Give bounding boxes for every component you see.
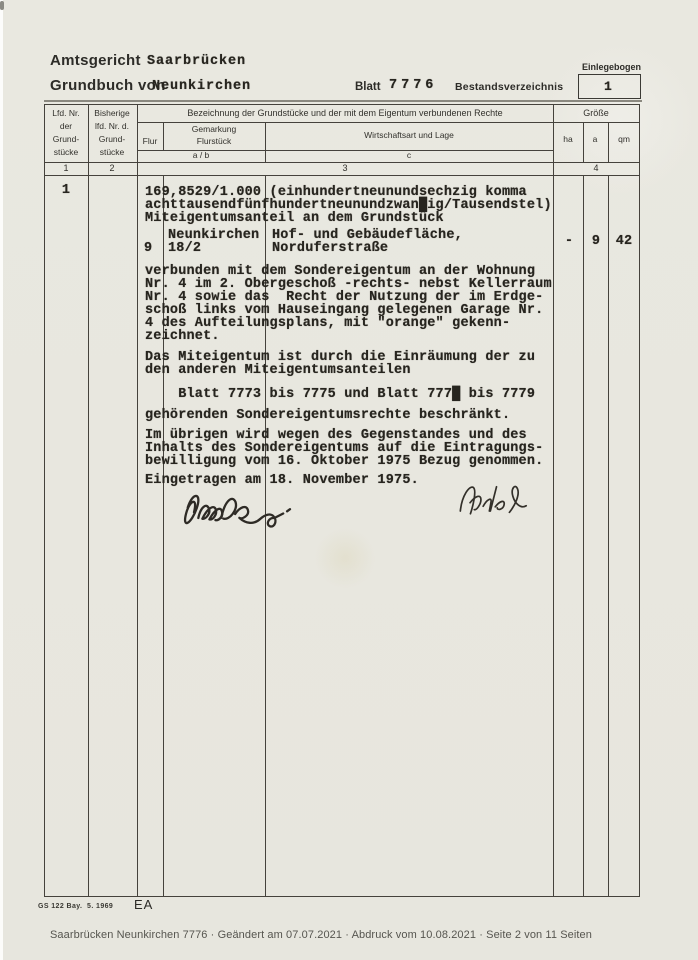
sheet-number: 7776 [389,79,437,92]
insert-sheet-label: Einlegebogen [582,62,641,72]
col1-header-line: Lfd. Nr. [52,108,79,118]
table-grid-line [583,175,584,897]
table-grid-line [88,104,89,897]
col2-header-line: stücke [100,147,125,157]
inventory-label: Bestandsverzeichnis [455,81,563,93]
col-number-2: 2 [109,163,114,173]
table-grid-line [44,104,640,105]
col-number-4: 4 [593,163,598,173]
size-ha-value: - [565,235,573,248]
table-grid-line [265,122,266,162]
size-qm-value: 42 [616,235,633,248]
typed-line: gehörenden Sondereigentumsrechte beschrä… [145,409,510,422]
size-a-value: 9 [592,235,600,248]
col1-header-line: stücke [54,147,79,157]
register-label: Grundbuch von [50,77,166,94]
signature-clerk-right [449,478,532,525]
typed-line: zeichnet. [145,330,220,343]
col2-header-line: Grund- [99,134,125,144]
parcel-usage-line2: Norduferstraße [272,242,388,255]
col2-header-line: Bisherige [94,108,129,118]
qm-header: qm [618,134,630,144]
col1-header-line: Grund- [53,134,79,144]
sheet-label: Blatt [355,81,381,93]
size-header: Größe [583,108,609,118]
table-grid-line [608,175,609,897]
table-grid-line [608,122,609,162]
wirtschaftsart-header: Wirtschaftsart und Lage [364,130,454,140]
court-label: Amtsgericht [50,52,141,69]
typed-line: Miteigentumsanteil an dem Grundstück [145,212,444,225]
table-grid-line [163,122,164,150]
table-grid-line [44,104,45,897]
form-code: GS 122 Bay. 5. 1969 [38,903,113,910]
typed-line: den anderen Miteigentumsanteilen [145,364,411,377]
col1-header-line: der [60,121,72,131]
c-subheader: c [407,150,411,160]
form-variant: EA [134,897,153,912]
col2-header-line: lfd. Nr. d. [95,121,129,131]
insert-sheet-number: 1 [608,79,616,94]
description-header: Bezeichnung der Grundstücke und der mit … [187,108,502,118]
signature-clerk-left [169,480,304,543]
court-name: Saarbrücken [147,55,246,68]
grundbuch-scan-page: Amtsgericht Saarbrücken Grundbuch von Ne… [0,0,698,960]
flurstueck-header: Flurstück [197,136,231,146]
table-grid-line [137,104,138,897]
ha-header: ha [563,134,572,144]
table-top-rule [44,100,642,102]
register-name: Neunkirchen [152,80,251,93]
a-header: a [593,134,598,144]
scan-edge-artifact [0,0,3,960]
col-number-1: 1 [63,163,68,173]
ab-subheader: a / b [193,150,210,160]
table-grid-line [44,175,640,176]
table-grid-line [137,122,640,123]
col-number-3: 3 [342,163,347,173]
running-number: 1 [62,184,70,197]
table-grid-line [553,104,554,897]
table-grid-line [639,104,640,897]
gemarkung-header: Gemarkung [192,124,236,134]
typed-line: Blatt 7773 bis 7775 und Blatt 777█ bis 7… [145,388,535,401]
scan-speck-artifact [0,1,4,10]
typed-line: bewilligung vom 16. Oktober 1975 Bezug g… [145,455,543,468]
table-grid-line [583,122,584,162]
parcel-flurstueck: 18/2 [168,242,201,255]
flur-header: Flur [143,136,158,146]
page-footer-caption: Saarbrücken Neunkirchen 7776 · Geändert … [50,929,592,941]
parcel-flur: 9 [144,242,152,255]
